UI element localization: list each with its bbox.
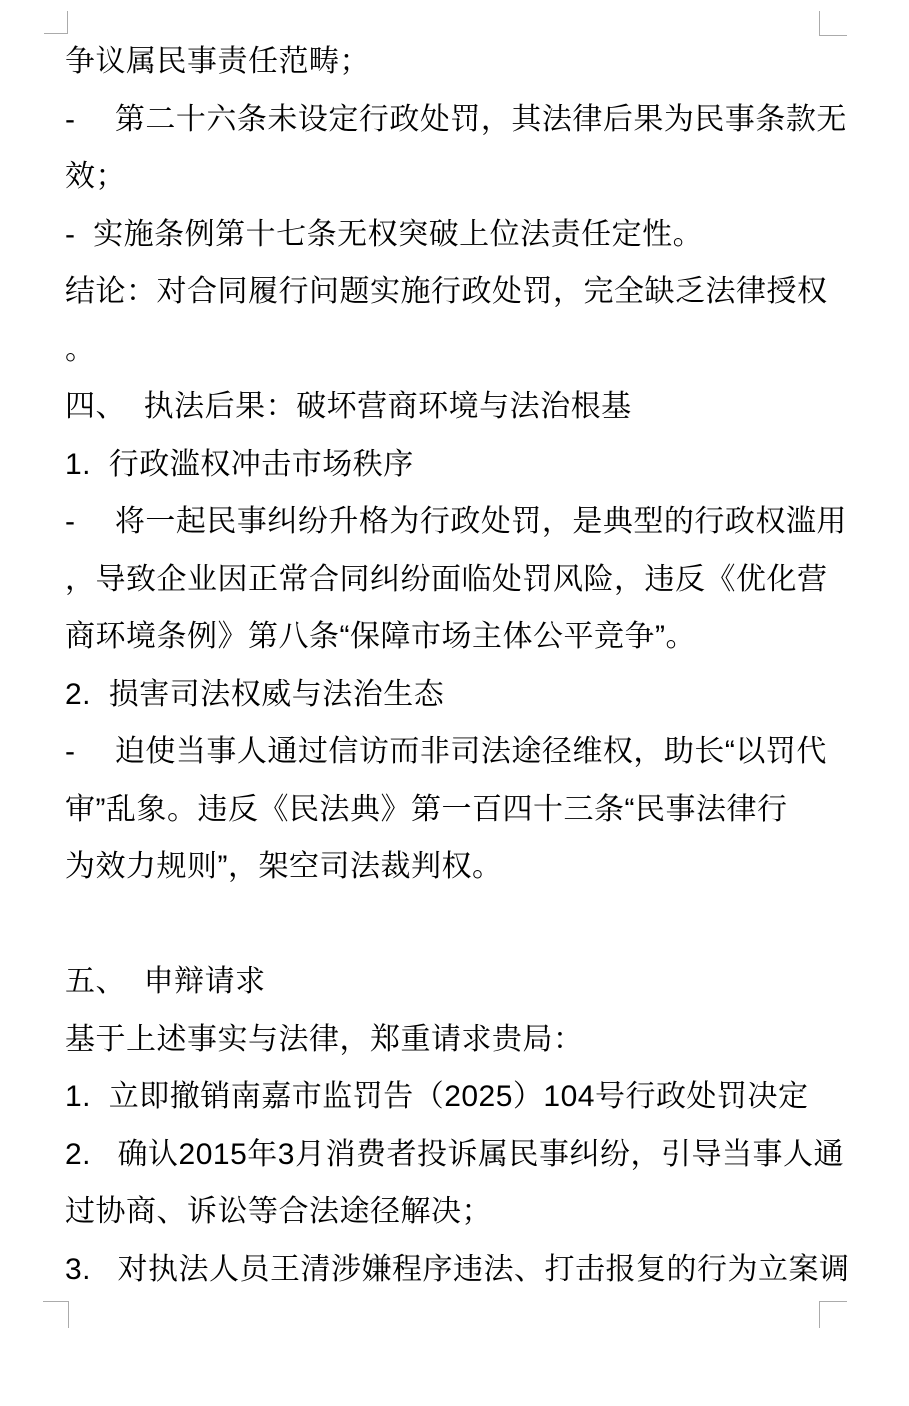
crop-mark-top-left	[44, 11, 68, 34]
document-body: 争议属民事责任范畴；- 第二十六条未设定行政处罚，其法律后果为民事条款无效；- …	[65, 33, 860, 1298]
text-line: - 将一起民事纠纷升格为行政处罚，是典型的行政权滥用	[65, 493, 860, 551]
text-line: 3. 对执法人员王清涉嫌程序违法、打击报复的行为立案调	[65, 1241, 860, 1299]
text-line: 。	[65, 321, 860, 379]
text-line: 2. 损害司法权威与法治生态	[65, 666, 860, 724]
text-line: - 迫使当事人通过信访而非司法途径维权，助长“以罚代	[65, 723, 860, 781]
text-line: 1. 行政滥权冲击市场秩序	[65, 436, 860, 494]
text-line: 商环境条例》第八条“保障市场主体公平竞争”。	[65, 608, 860, 666]
text-line: 效；	[65, 148, 860, 206]
crop-mark-bottom-right	[819, 1301, 847, 1328]
document-page: 争议属民事责任范畴；- 第二十六条未设定行政处罚，其法律后果为民事条款无效；- …	[0, 0, 909, 1406]
text-line	[65, 896, 860, 954]
text-line: - 第二十六条未设定行政处罚，其法律后果为民事条款无	[65, 91, 860, 149]
text-line: 基于上述事实与法律，郑重请求贵局：	[65, 1011, 860, 1069]
text-line: - 实施条例第十七条无权突破上位法责任定性。	[65, 206, 860, 264]
text-line: 2. 确认2015年3月消费者投诉属民事纠纷，引导当事人通	[65, 1126, 860, 1184]
text-line: 审”乱象。违反《民法典》第一百四十三条“民事法律行	[65, 781, 860, 839]
crop-mark-bottom-left	[43, 1301, 69, 1328]
text-line: 为效力规则”，架空司法裁判权。	[65, 838, 860, 896]
text-line: 五、 申辩请求	[65, 953, 860, 1011]
text-line: 争议属民事责任范畴；	[65, 33, 860, 91]
text-line: 四、 执法后果：破坏营商环境与法治根基	[65, 378, 860, 436]
text-line: 过协商、诉讼等合法途径解决；	[65, 1183, 860, 1241]
text-line: 1. 立即撤销南嘉市监罚告（2025）104号行政处罚决定	[65, 1068, 860, 1126]
text-line: 结论：对合同履行问题实施行政处罚，完全缺乏法律授权	[65, 263, 860, 321]
text-line: ，导致企业因正常合同纠纷面临处罚风险，违反《优化营	[65, 551, 860, 609]
